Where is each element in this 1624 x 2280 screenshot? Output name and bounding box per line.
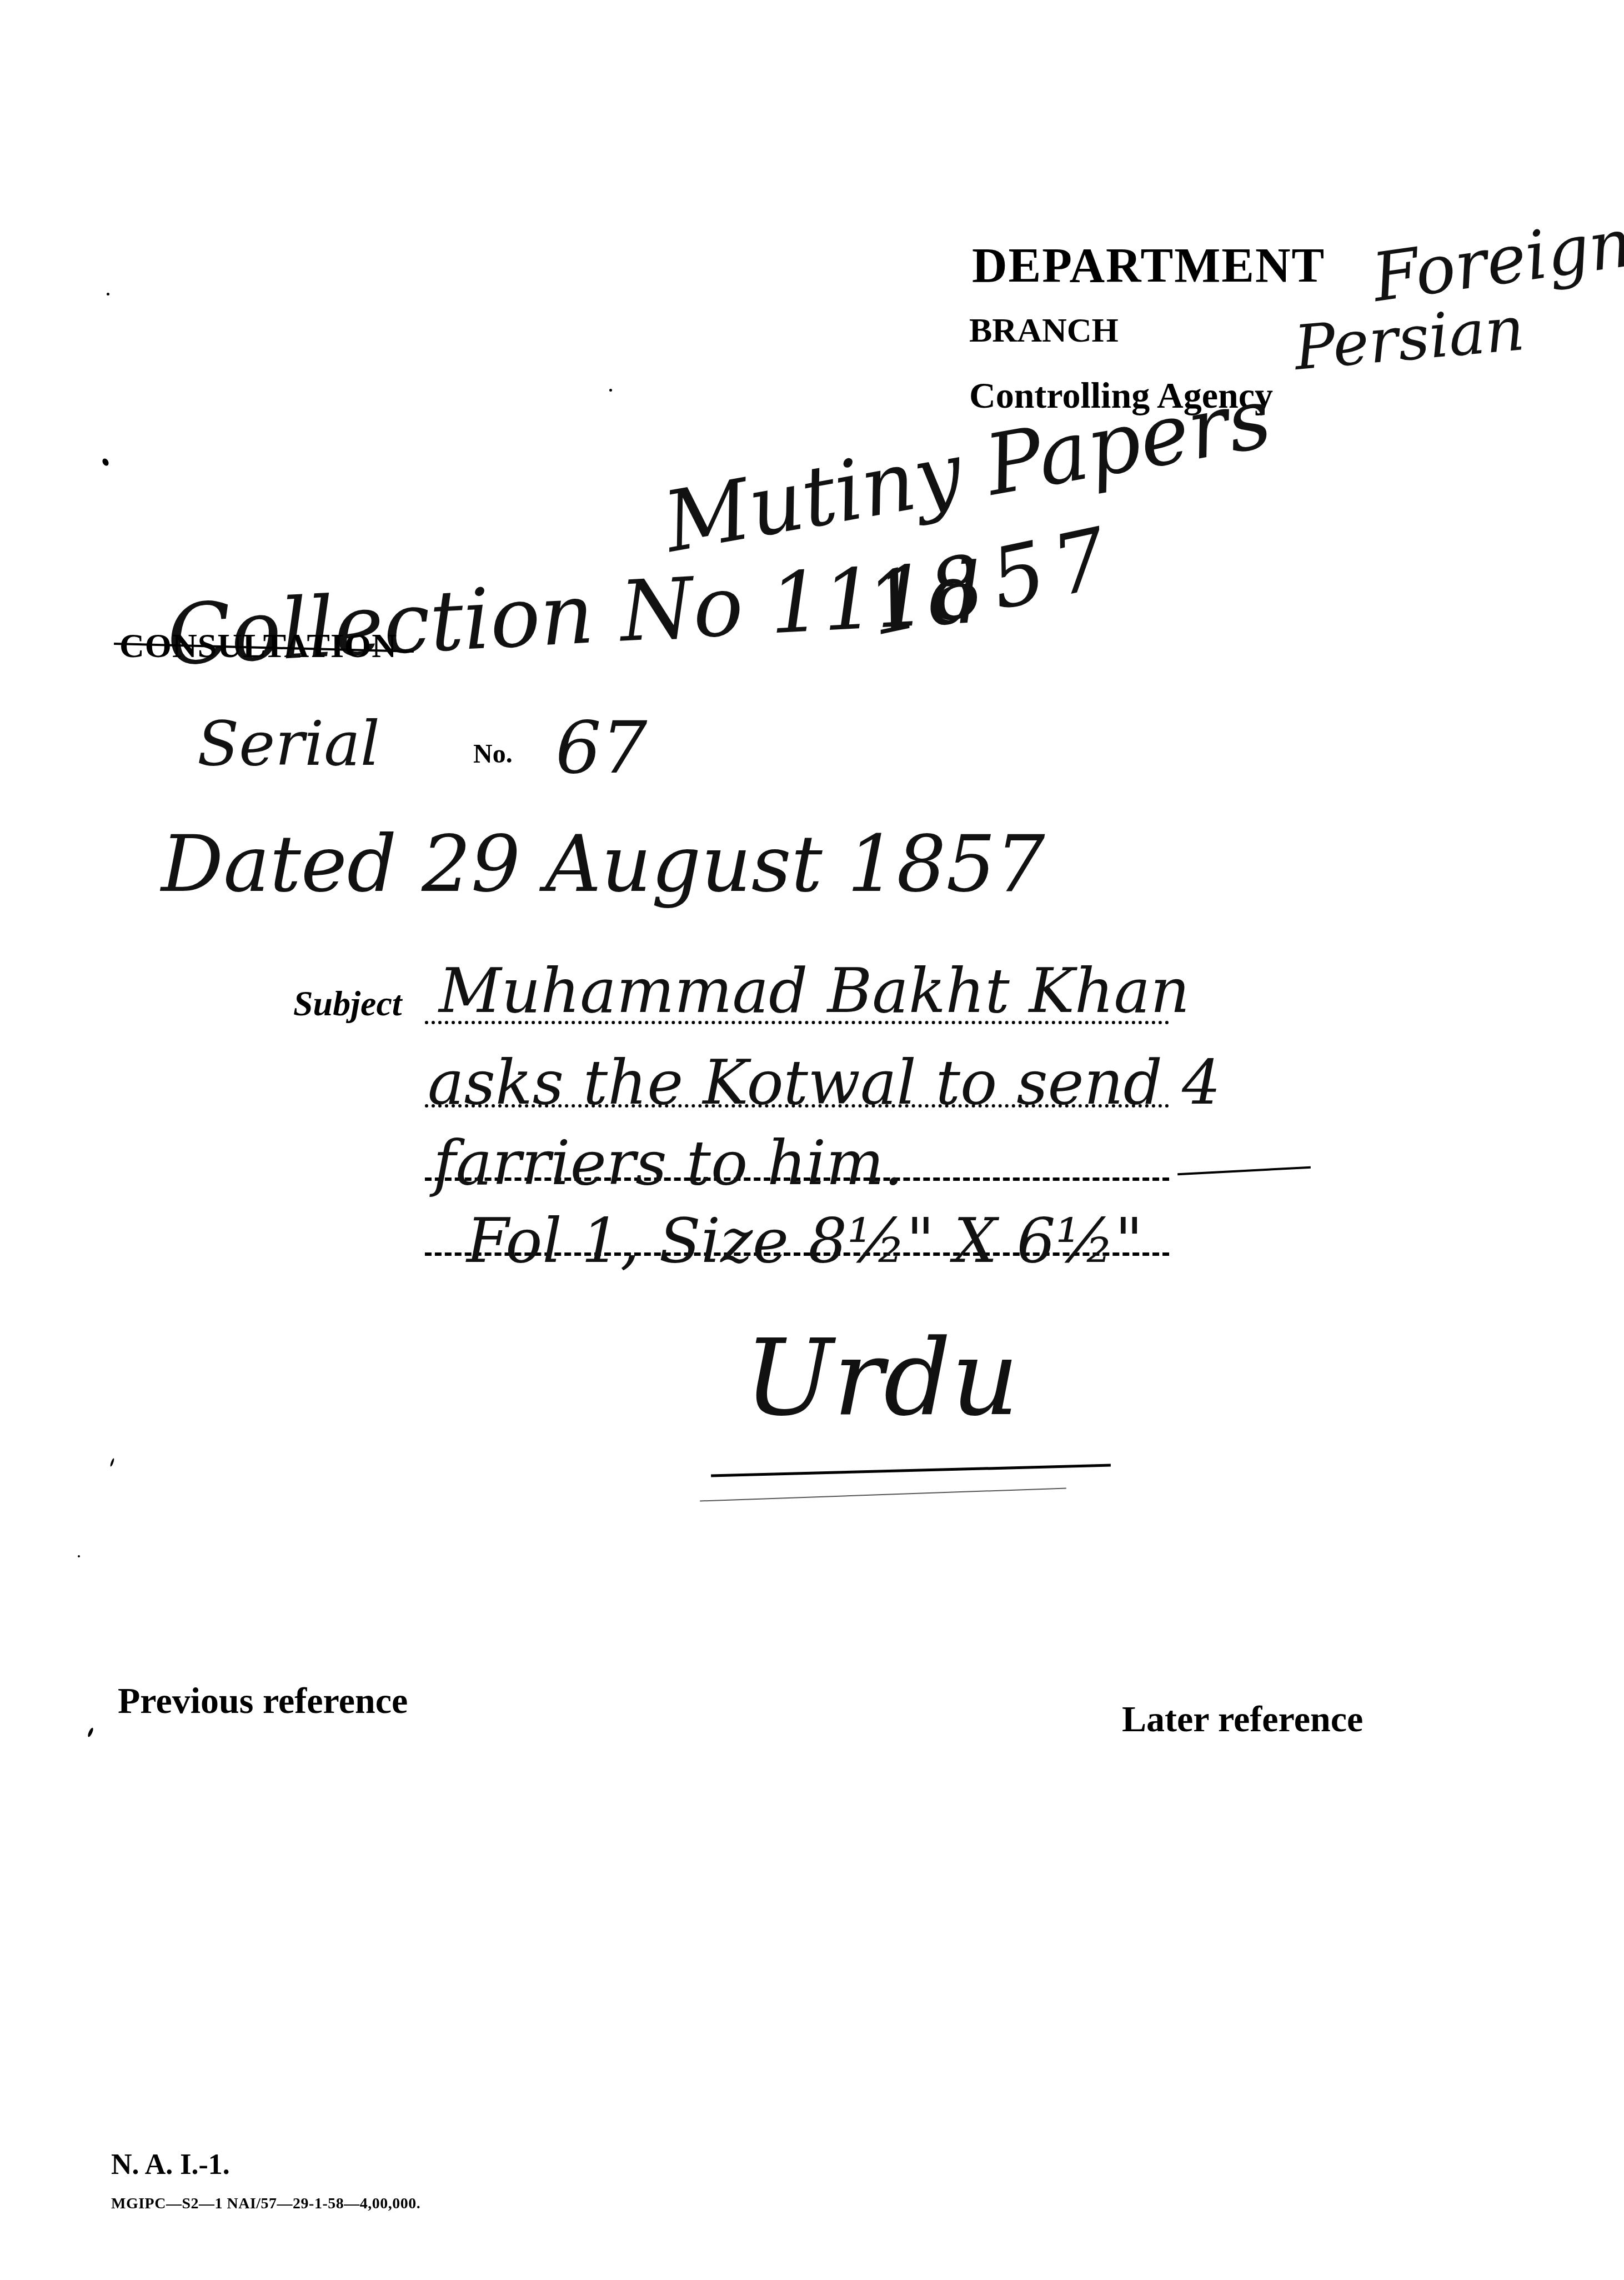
subject-line-4: Fol 1, Size 8½" X 6½" xyxy=(467,1205,1143,1276)
scan-speck xyxy=(101,457,110,467)
consultation-label: CONSULTATION xyxy=(119,627,397,666)
later-reference-label: Later reference xyxy=(1122,1698,1363,1741)
number-value: 67 xyxy=(555,705,647,790)
scan-speck xyxy=(107,293,109,295)
scan-speck xyxy=(78,1555,80,1557)
consultation-type-value: Serial xyxy=(197,708,380,779)
department-label: DEPARTMENT xyxy=(972,238,1325,294)
subject-label: Subject xyxy=(293,983,402,1024)
language-underline-faint xyxy=(700,1487,1066,1501)
dated-value: Dated 29 August 1857 xyxy=(161,819,1045,910)
form-code: N. A. I.-1. xyxy=(111,2148,230,2181)
scan-speck xyxy=(109,1458,114,1467)
branch-label: BRANCH xyxy=(969,311,1119,350)
print-code: MGIPC—S2—1 NAI/57—29-1-58—4,00,000. xyxy=(111,2195,420,2213)
number-label: No. xyxy=(473,739,513,769)
language-value: Urdu xyxy=(744,1316,1019,1439)
branch-value: Persian xyxy=(1291,293,1527,384)
scan-speck xyxy=(87,1727,94,1738)
subject-line-3-tail-stroke xyxy=(1177,1166,1311,1176)
subject-line-3: farriers to him. xyxy=(433,1128,903,1199)
scan-speck xyxy=(609,389,612,392)
language-underline xyxy=(711,1464,1111,1477)
subject-line-2: asks the Kotwal to send 4 xyxy=(428,1047,1221,1118)
subject-line-1: Muhammad Bakht Khan xyxy=(439,955,1190,1026)
previous-reference-label: Previous reference xyxy=(118,1680,408,1722)
